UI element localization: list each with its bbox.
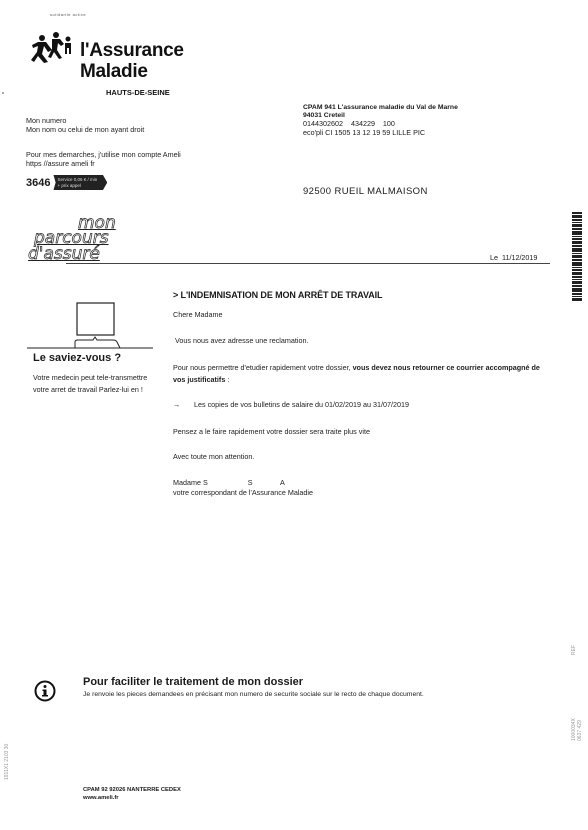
p2-normal: Pour nous permettre d'etudier rapidement… <box>173 363 353 372</box>
letter-bullet: →Les copies de vos bulletins de salaire … <box>173 400 409 409</box>
right-margin-mark-1: REF <box>571 645 577 655</box>
logo-line2: Maladie <box>80 61 148 83</box>
sender-line2: 94031 Creteil <box>303 112 345 119</box>
arrow-right-icon: → <box>173 400 194 409</box>
info-body: Je renvoie les pieces demandees en préci… <box>83 691 424 698</box>
bullet-text: Les copies de vos bulletins de salaire d… <box>194 400 409 409</box>
phone-row: 3646 Service 0,06 € / min + prix appel <box>26 175 107 190</box>
phone-cost-line2: + prix appel <box>57 183 80 188</box>
letter-paragraph-2: Pour nous permettre d'etudier rapidement… <box>173 362 553 386</box>
sender-codes: 0144302602 434229 100 eco'pli CI 1505 13… <box>303 120 425 137</box>
letter-greeting: Chere Madame <box>173 310 223 319</box>
signature-role: votre correspondant de l'Assurance Malad… <box>173 488 313 498</box>
sender-line1: CPAM 941 L'assurance maladie du Val de M… <box>303 104 458 111</box>
p2-end: : <box>225 375 229 384</box>
logo-line1: l'Assurance <box>80 40 184 62</box>
side-code: 1911X1 2103 30 <box>4 744 10 780</box>
right-margin-mark-2: 1000034X 0637 429 <box>571 718 583 741</box>
sender-line4: eco'pli CI 1505 13 12 19 59 LILLE PIC <box>303 129 425 138</box>
header-divider <box>66 263 550 264</box>
letter-paragraph-1: Vous nous avez adresse une reclamation. <box>173 336 308 345</box>
assurance-maladie-logo: solidarité active l'Assurance Maladie HA… <box>30 10 190 100</box>
ameli-url[interactable]: https //assure ameli fr <box>26 159 181 168</box>
mon-parcours-assure-logo: mon parcours d'assuré <box>26 215 136 267</box>
barcode <box>572 212 582 318</box>
info-icon <box>34 680 56 702</box>
recipient-number-label: Mon numero <box>26 116 144 125</box>
letter-closing: Avec toute mon attention. <box>173 452 254 461</box>
computer-icon <box>25 300 155 350</box>
saviez-vous-body: Votre medecin peut tele-transmettre votr… <box>33 372 153 396</box>
phone-cost-line1: Service 0,06 € / min <box>57 177 97 182</box>
parcours-line3: d'assuré <box>28 246 100 263</box>
recipient-id-block: Mon numero Mon nom ou celui de mon ayant… <box>26 116 144 134</box>
ameli-text: Pour mes demarches, j'utilise mon compte… <box>26 150 181 159</box>
info-title: Pour faciliter le traitement de mon doss… <box>83 676 303 688</box>
phone-number[interactable]: 3646 <box>26 177 50 189</box>
footer-address: CPAM 92 92026 NANTERRE CEDEX <box>83 786 181 794</box>
letter-paragraph-3: Pensez a le faire rapidement votre dossi… <box>173 427 370 436</box>
letter-subject: > L'INDEMNISATION DE MON ARRÊT DE TRAVAI… <box>173 290 382 300</box>
phone-cost-badge: Service 0,06 € / min + prix appel <box>53 175 107 190</box>
letter-date: Le 11/12/2019 <box>490 253 537 262</box>
recipient-name-label: Mon nom ou celui de mon ayant droit <box>26 125 144 134</box>
running-figures-icon <box>30 28 74 68</box>
logo-arc-text: solidarité active <box>50 12 86 17</box>
logo-department: HAUTS-DE-SEINE <box>106 88 170 97</box>
signature-name: Madame S S A <box>173 478 313 488</box>
footer-website[interactable]: www.ameli.fr <box>83 794 181 802</box>
letter-signature: Madame S S A votre correspondant de l'As… <box>173 478 313 498</box>
ameli-block: Pour mes demarches, j'utilise mon compte… <box>26 150 181 168</box>
saviez-vous-title: Le saviez-vous ? <box>33 352 121 364</box>
recipient-city: 92500 RUEIL MALMAISON <box>303 186 428 197</box>
footer-address-block: CPAM 92 92026 NANTERRE CEDEX www.ameli.f… <box>83 786 181 802</box>
scan-mark <box>2 92 4 94</box>
sender-address: CPAM 941 L'assurance maladie du Val de M… <box>303 104 458 120</box>
